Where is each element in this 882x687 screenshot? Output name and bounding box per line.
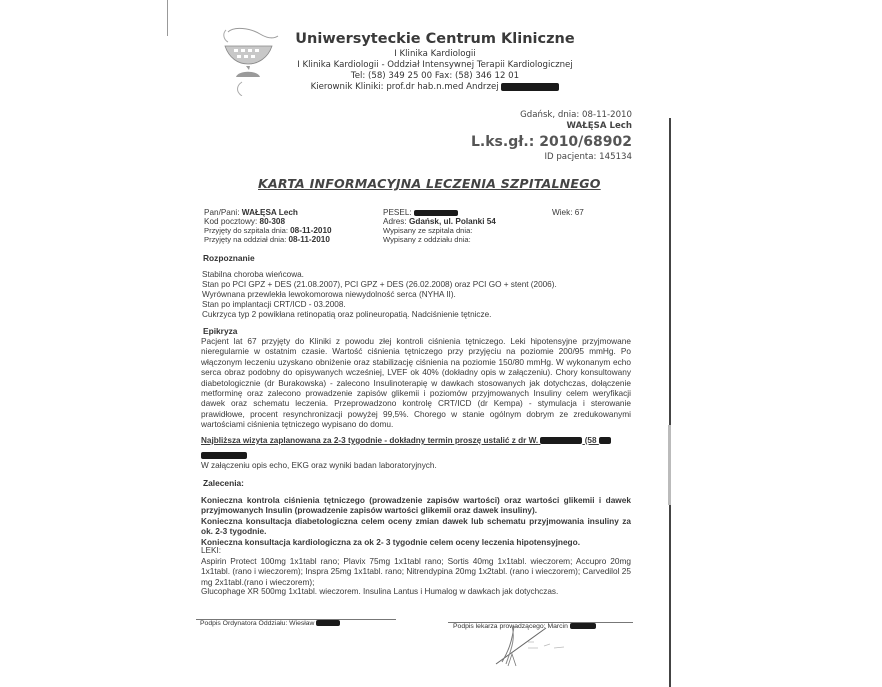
scan-edge-left [167, 0, 168, 36]
redaction [599, 437, 611, 444]
epicrisis-heading: Epikryza [203, 326, 237, 336]
diagnosis-line: Wyrównana przewlekła lewokomorowa niewyd… [202, 290, 456, 300]
letterhead: Uniwersyteckie Centrum Kliniczne I Klini… [250, 30, 620, 93]
attachments-note: W załączeniu opis echo, EKG oraz wyniki … [201, 461, 437, 471]
admitted-ward-row: Przyjęty na oddział dnia: 08-11-2010 [204, 235, 330, 245]
meds-list: Aspirin Protect 100mg 1x1tabl rano; Plav… [201, 556, 631, 587]
redaction [201, 452, 247, 459]
patient-id: ID pacjenta: 145134 [544, 152, 632, 162]
meds-list: Glucophage XR 500mg 1x1tabl. wieczorem. … [201, 587, 558, 597]
diagnosis-line: Stan po PCI GPZ + DES (21.08.2007), PCI … [202, 280, 557, 290]
redaction [414, 210, 458, 216]
redaction [501, 83, 559, 91]
institution-name: Uniwersyteckie Centrum Kliniczne [250, 30, 620, 49]
meds-heading: LEKI: [201, 546, 221, 556]
redaction [540, 437, 582, 444]
diagnosis-heading: Rozpoznanie [203, 253, 255, 263]
epicrisis-text: Pacjent lat 67 przyjęty do Kliniki z pow… [201, 336, 631, 430]
scanned-document-page: Uniwersyteckie Centrum Kliniczne I Klini… [0, 0, 882, 687]
department-name: I Klinika Kardiologii - Oddział Intensyw… [250, 60, 620, 71]
recommendation-item: Konieczna konsultacja diabetologiczna ce… [201, 516, 631, 537]
head-of-clinic: Kierownik Kliniki: prof.dr hab.n.med And… [250, 82, 620, 93]
discharged-ward-row: Wypisany z oddziału dnia: [383, 235, 471, 245]
recommendations-heading: Zalecenia: [203, 478, 244, 488]
recommendation-item: Konieczna kontrola ciśnienia tętniczego … [201, 495, 631, 516]
age-row: Wiek: 67 [552, 208, 584, 218]
diagnosis-line: Stan po implantacji CRT/ICD - 03.2008. [202, 300, 346, 310]
patient-name-header: WAŁĘSA Lech [567, 121, 632, 131]
scan-edge-right [669, 118, 671, 687]
book-number: L.ks.gł.: 2010/68902 [471, 134, 632, 150]
diagnosis-line: Cukrzyca typ 2 powikłana retinopatią ora… [202, 310, 491, 320]
redaction [316, 620, 340, 626]
recommendation-item: Konieczna konsultacja kardiologiczna za … [201, 537, 631, 547]
phone-fax: Tel: (58) 349 25 00 Fax: (58) 346 12 01 [250, 71, 620, 82]
clinic-name: I Klinika Kardiologii [250, 49, 620, 60]
diagnosis-line: Stabilna choroba wieńcowa. [202, 270, 304, 280]
scan-edge-right-shadow [668, 425, 671, 505]
next-visit-note: Najbliższa wizyta zaplanowana za 2-3 tyg… [201, 436, 611, 446]
handwritten-signature-icon [488, 622, 578, 668]
ward-head-signature: Podpis Ordynatora Oddziału: Wiesław [200, 620, 340, 627]
place-date: Gdańsk, dnia: 08-11-2010 [520, 110, 632, 120]
document-title: KARTA INFORMACYJNA LECZENIA SZPITALNEGO [258, 176, 601, 191]
